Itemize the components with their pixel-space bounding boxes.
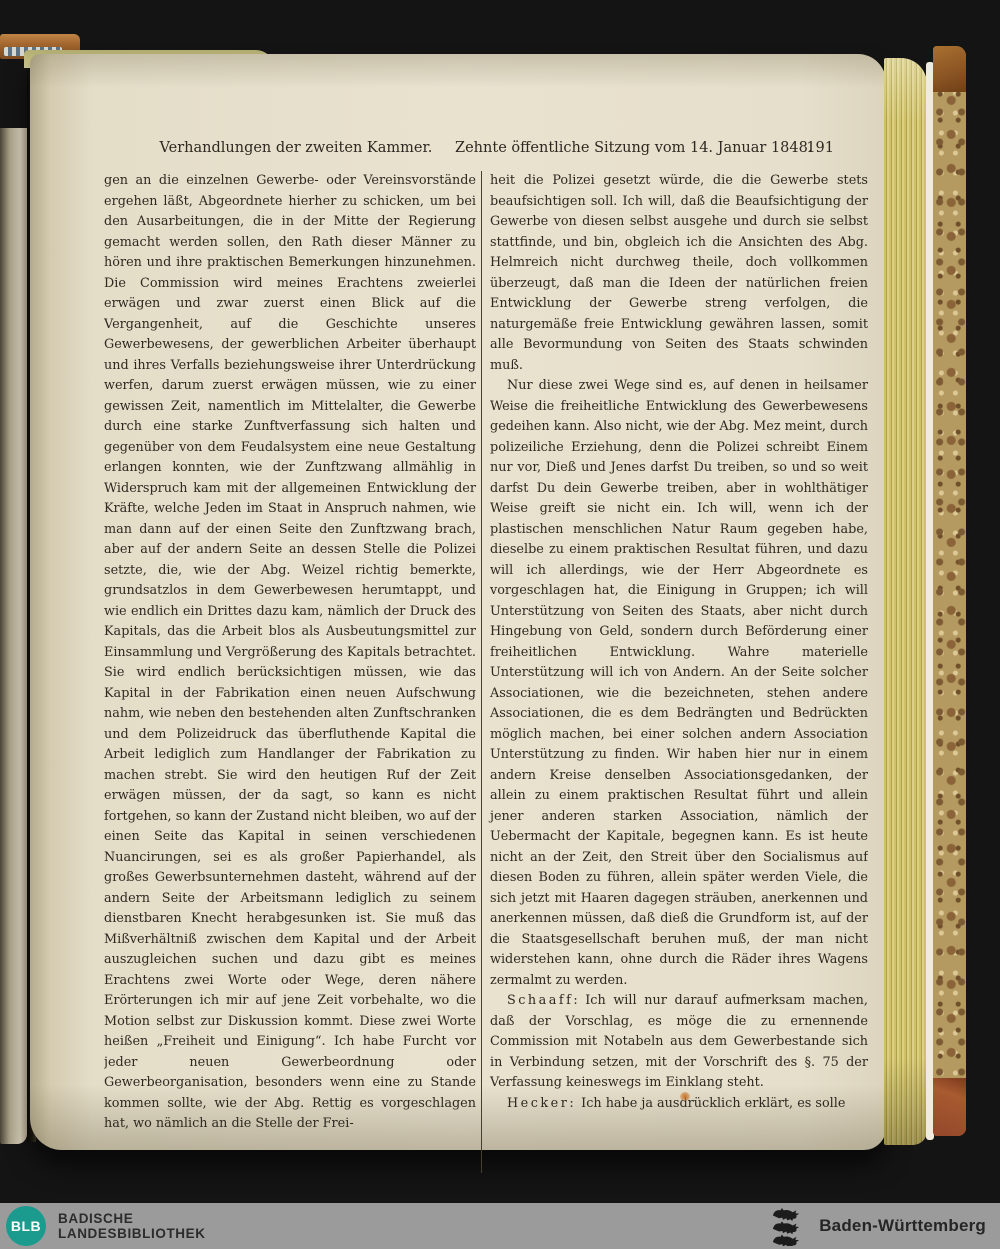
blb-logo-text: BLB <box>11 1218 41 1234</box>
marbled-cover <box>933 46 966 1136</box>
leather-corner-top <box>933 46 966 92</box>
library-name-line1: BADISCHE <box>58 1211 206 1227</box>
printed-page-content: Verhandlungen der zweiten Kammer. Zehnte… <box>104 108 868 1188</box>
right-column-paragraph-hecker: Hecker:Ich habe ja ausdrücklich erklärt,… <box>490 1094 868 1115</box>
scanned-book-photo: { "page": { "header": { "left": "Verhand… <box>0 0 1000 1249</box>
footer-banner: BLB BADISCHE LANDESBIBLIOTHEK Baden-Würt… <box>0 1203 1000 1249</box>
speaker-text: Ich habe ja ausdrücklich erklärt, es sol… <box>581 1096 845 1111</box>
text-columns: gen an die einzelnen Gewerbe- oder Verei… <box>104 171 868 1173</box>
book-fore-edge <box>884 58 927 1145</box>
left-column: gen an die einzelnen Gewerbe- oder Verei… <box>104 171 481 1173</box>
right-column-paragraph: Nur diese zwei Wege sind es, auf denen i… <box>490 376 868 991</box>
header-title-right: Zehnte öffentliche Sitzung vom 14. Janua… <box>455 140 812 156</box>
state-branding: Baden-Württemberg <box>771 1206 1000 1246</box>
page-header: Verhandlungen der zweiten Kammer. Zehnte… <box>104 140 868 162</box>
state-name: Baden-Württemberg <box>819 1216 986 1236</box>
speaker-name-hecker: Hecker: <box>507 1096 576 1111</box>
library-branding: BLB BADISCHE LANDESBIBLIOTHEK <box>0 1206 206 1246</box>
baden-wuerttemberg-coat-of-arms-icon <box>771 1206 809 1246</box>
page-stain <box>680 1092 690 1101</box>
left-page-block-edge <box>0 128 27 1144</box>
right-column-paragraph: heit die Polizei gesetzt würde, die die … <box>490 171 868 376</box>
right-column: heit die Polizei gesetzt würde, die die … <box>481 171 868 1173</box>
left-column-paragraph: gen an die einzelnen Gewerbe- oder Verei… <box>104 171 476 1135</box>
book-page: Verhandlungen der zweiten Kammer. Zehnte… <box>30 54 886 1150</box>
speaker-name-schaaff: Schaaff: <box>507 993 580 1008</box>
library-name: BADISCHE LANDESBIBLIOTHEK <box>58 1211 206 1242</box>
page-number: 191 <box>806 140 834 156</box>
blb-logo-badge: BLB <box>6 1206 46 1246</box>
header-title-left: Verhandlungen der zweiten Kammer. <box>160 140 433 156</box>
library-name-line2: LANDESBIBLIOTHEK <box>58 1226 206 1242</box>
leather-corner-bottom <box>933 1078 966 1136</box>
right-column-paragraph-schaaff: Schaaff:Ich will nur darauf aufmerksam m… <box>490 991 868 1094</box>
